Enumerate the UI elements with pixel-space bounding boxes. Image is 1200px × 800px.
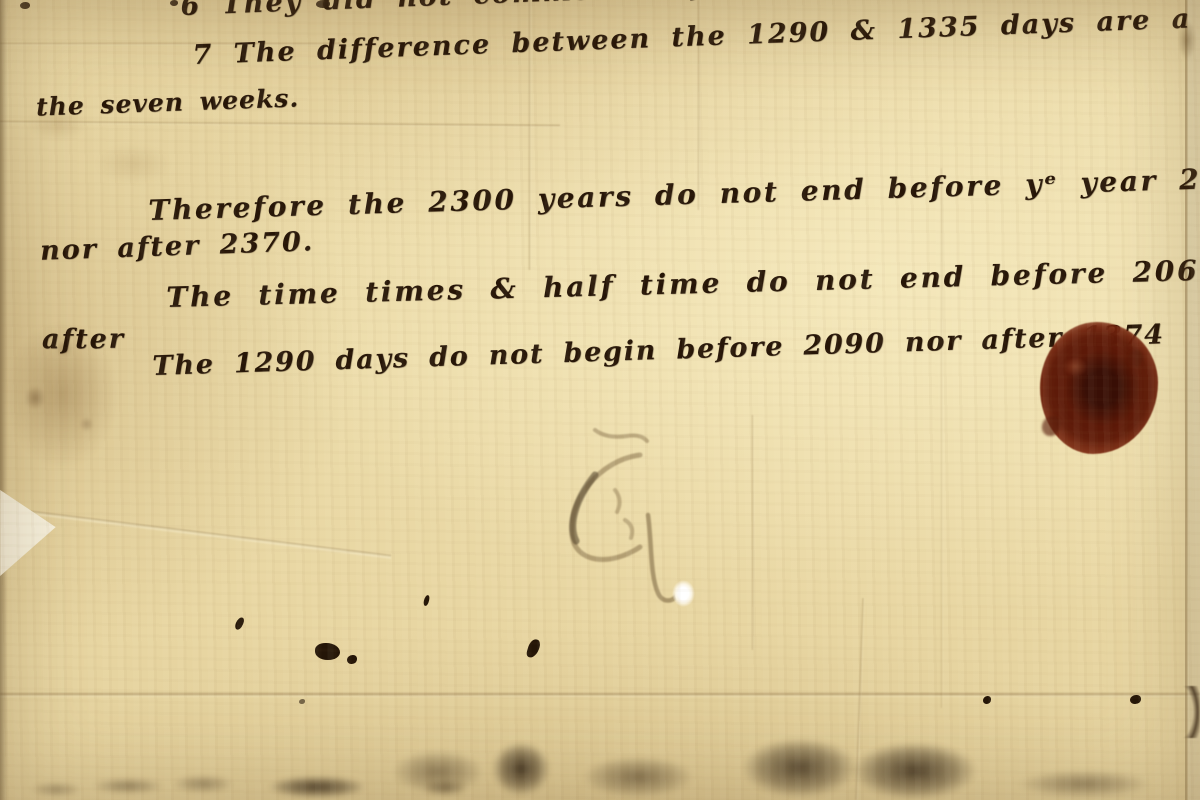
manuscript-line-1290-days: The 1290 days do not begin before 2090 n…	[152, 319, 1165, 382]
manuscript-line-time-cont: after	[42, 324, 125, 355]
ink-speck	[1130, 695, 1141, 704]
cut-stroke-fragment	[316, 0, 330, 8]
bottom-smudge	[852, 742, 977, 800]
ink-speck	[315, 643, 340, 660]
wax-seal-stain	[1040, 322, 1158, 454]
right-edge-ink-mark	[1178, 686, 1200, 738]
ink-speck	[234, 616, 245, 631]
bottom-smudge	[582, 756, 694, 798]
crease-horizontal-lower-fold	[0, 692, 1200, 698]
manuscript-line-2300-cont: nor after 2370.	[40, 226, 315, 267]
crease-vertical-5	[940, 168, 944, 708]
bottom-smudge	[1018, 770, 1150, 798]
ink-speck	[983, 696, 991, 704]
ink-speck	[347, 655, 357, 664]
bottom-smudge	[30, 782, 82, 797]
manuscript-line-time-times: The time times & half time do not end be…	[166, 251, 1200, 314]
cut-stroke-fragment	[170, 0, 178, 6]
bottom-smudge	[172, 775, 234, 793]
cut-stroke-fragment	[20, 2, 30, 9]
bottom-smudge	[492, 742, 550, 796]
manuscript-page: 6 They did not commence after 7 The diff…	[0, 0, 1200, 800]
paper-hole	[672, 580, 695, 607]
bottom-smudge	[268, 776, 366, 798]
crease-vertical-3	[751, 415, 755, 650]
ink-speck	[526, 638, 542, 659]
bottom-smudge	[92, 778, 164, 794]
bottom-smudge	[392, 750, 484, 794]
ink-speck	[423, 595, 430, 607]
manuscript-line-item-6: 6 They did not commence after	[180, 0, 755, 22]
crease-diagonal-left	[0, 506, 391, 560]
bottom-smudge	[742, 738, 857, 798]
torn-right-edge	[1185, 0, 1200, 800]
ink-speck	[299, 699, 305, 704]
stain-top-left-mottle	[0, 52, 190, 212]
tear-left-edge	[0, 482, 58, 580]
manuscript-line-2300-years: Therefore the 2300 years do not end befo…	[148, 161, 1200, 227]
